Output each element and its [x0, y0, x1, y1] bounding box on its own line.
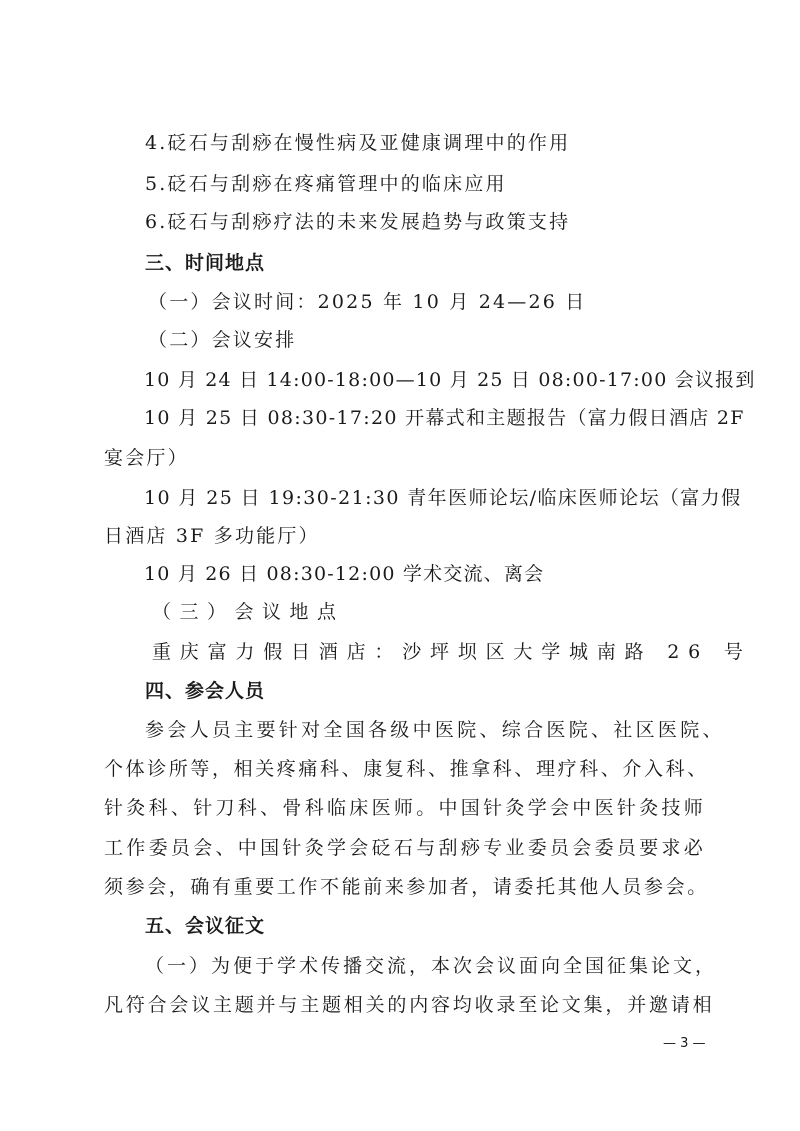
attendees-text: 个体诊所等，相关疼痛科、康复科、推拿科、理疗科、介入科、 — [104, 757, 709, 781]
venue-address: 重庆富力假日酒店：沙坪坝区大学城南路 26 号 — [152, 640, 752, 664]
papers-text: 凡符合会议主题并与主题相关的内容均收录至论文集，并邀请相 — [104, 993, 714, 1017]
attendees-text: 针灸科、针刀科、骨科临床医师。中国针灸学会中医针灸技师 — [104, 796, 706, 820]
section-heading-attendees: 四、参会人员 — [145, 679, 265, 703]
schedule-item: 10 月 25 日 19:30-21:30 青年医师论坛/临床医师论坛（富力假 — [144, 486, 741, 510]
papers-text: （一）为便于学术传播交流，本次会议面向全国征集论文， — [145, 954, 717, 978]
schedule-label: （二）会议安排 — [148, 328, 296, 352]
topic-item-4: 4.砭石与刮痧在慢性病及亚健康调理中的作用 — [145, 131, 570, 155]
section-heading-time-venue: 三、时间地点 — [145, 251, 265, 275]
page-number: — 3 — — [663, 1036, 706, 1051]
schedule-item: 10 月 24 日 14:00-18:00—10 月 25 日 08:00-17… — [144, 368, 756, 392]
topic-item-6: 6.砭石与刮痧疗法的未来发展趋势与政策支持 — [145, 210, 570, 234]
document-page: 4.砭石与刮痧在慢性病及亚健康调理中的作用 5.砭石与刮痧在疼痛管理中的临床应用… — [0, 0, 800, 1131]
schedule-item-cont: 宴会厅） — [104, 446, 189, 470]
meeting-time: （一）会议时间：2025 年 10 月 24—26 日 — [148, 290, 586, 314]
section-heading-papers: 五、会议征文 — [145, 914, 265, 938]
schedule-item: 10 月 25 日 08:30-17:20 开幕式和主题报告（富力假日酒店 2F — [144, 406, 745, 430]
schedule-item: 10 月 26 日 08:30-12:00 学术交流、离会 — [144, 562, 544, 586]
attendees-text: 工作委员会、中国针灸学会砭石与刮痧专业委员会委员要求必 — [104, 836, 706, 860]
topic-item-5: 5.砭石与刮痧在疼痛管理中的临床应用 — [145, 172, 507, 196]
attendees-text: 须参会，确有重要工作不能前来参加者，请委托其他人员参会。 — [104, 875, 709, 899]
venue-label: （三）会议地点 — [152, 600, 345, 624]
schedule-item-cont: 日酒店 3F 多功能厅） — [104, 524, 320, 548]
attendees-text: 参会人员主要针对全国各级中医院、综合医院、社区医院、 — [145, 718, 725, 742]
